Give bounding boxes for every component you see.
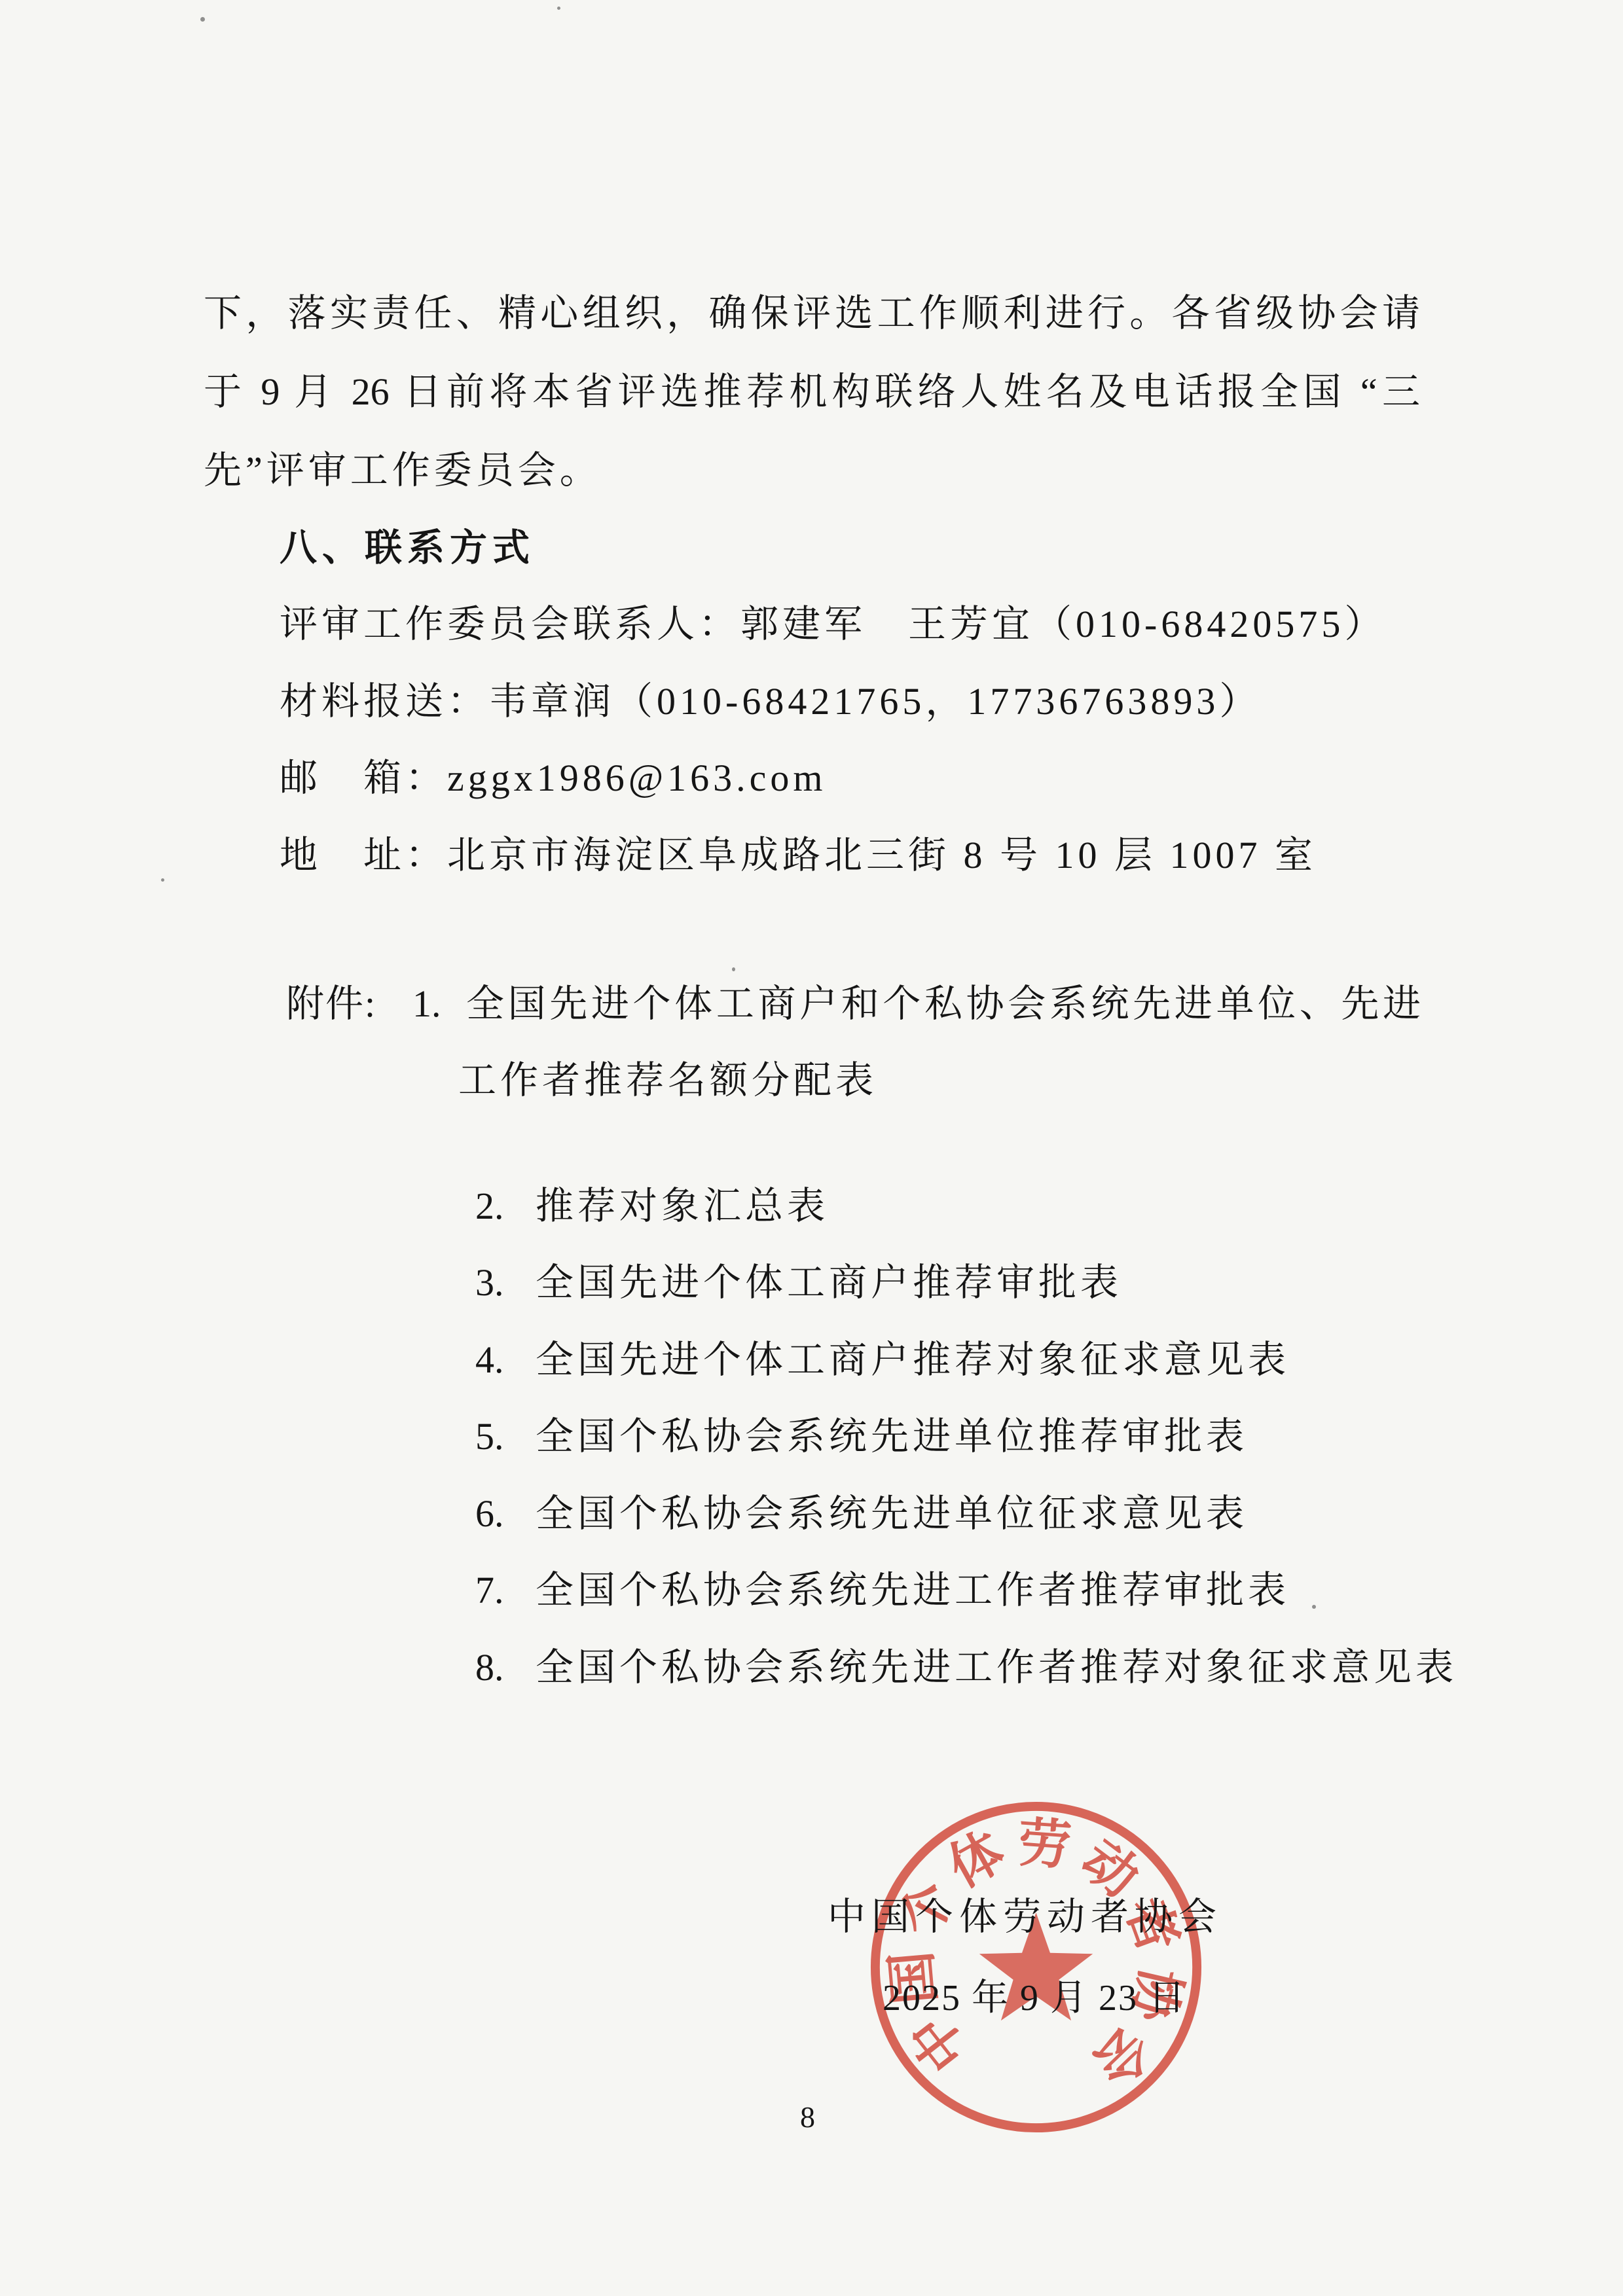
contact-line: 材料报送：韦章润（010-68421765，17736763893） — [280, 677, 1261, 726]
attachment-item-number: 1. — [412, 980, 441, 1028]
official-seal: 中国个体劳动者协会 — [867, 1799, 1205, 2136]
page-number: 8 — [800, 2093, 815, 2142]
paragraph-line: 下，落实责任、精心组织，确保评选工作顺利进行。各省级协会请 — [204, 289, 1420, 338]
contact-line: 评审工作委员会联系人：郭建军 王芳宜（010-68420575） — [280, 600, 1386, 649]
attachment-item-text: 全国先进个体工商户和个私协会系统先进单位、先进 — [466, 980, 1421, 1028]
scan-speck — [557, 7, 560, 10]
attachment-item: 8.全国个私协会系统先进工作者推荐对象征求意见表 — [422, 1595, 1457, 1740]
attachment-item-number: 8. — [475, 1643, 536, 1692]
signature-organization: 中国个体劳动者协会 — [828, 1893, 1222, 1941]
attachment-item-text-continuation: 工作者推荐名额分配表 — [458, 1056, 877, 1105]
attachments-label: 附件: — [286, 980, 376, 1028]
scan-speck — [200, 17, 205, 22]
paragraph-line: 于 9 月 26 日前将本省评选推荐机构联络人姓名及电话报全国 “三 — [204, 368, 1420, 416]
official-seal-graphic: 中国个体劳动者协会 — [867, 1799, 1205, 2136]
scan-speck — [161, 878, 164, 882]
scanned-document-page: 下，落实责任、精心组织，确保评选工作顺利进行。各省级协会请 于 9 月 26 日… — [0, 0, 1623, 2296]
contact-email-line: 邮 箱：zggx1986@163.com — [280, 754, 827, 802]
contact-address-line: 地 址：北京市海淀区阜成路北三街 8 号 10 层 1007 室 — [280, 831, 1317, 880]
scan-speck — [732, 967, 735, 971]
section-heading: 八、联系方式 — [280, 524, 535, 572]
svg-text:劳: 劳 — [1016, 1814, 1073, 1876]
signature-date: 2025 年 9 月 23 日 — [883, 1974, 1186, 2022]
scan-speck — [1312, 1605, 1316, 1609]
attachment-item-text: 全国个私协会系统先进工作者推荐对象征求意见表 — [536, 1646, 1457, 1689]
paragraph-line: 先”评审工作委员会。 — [204, 446, 602, 495]
